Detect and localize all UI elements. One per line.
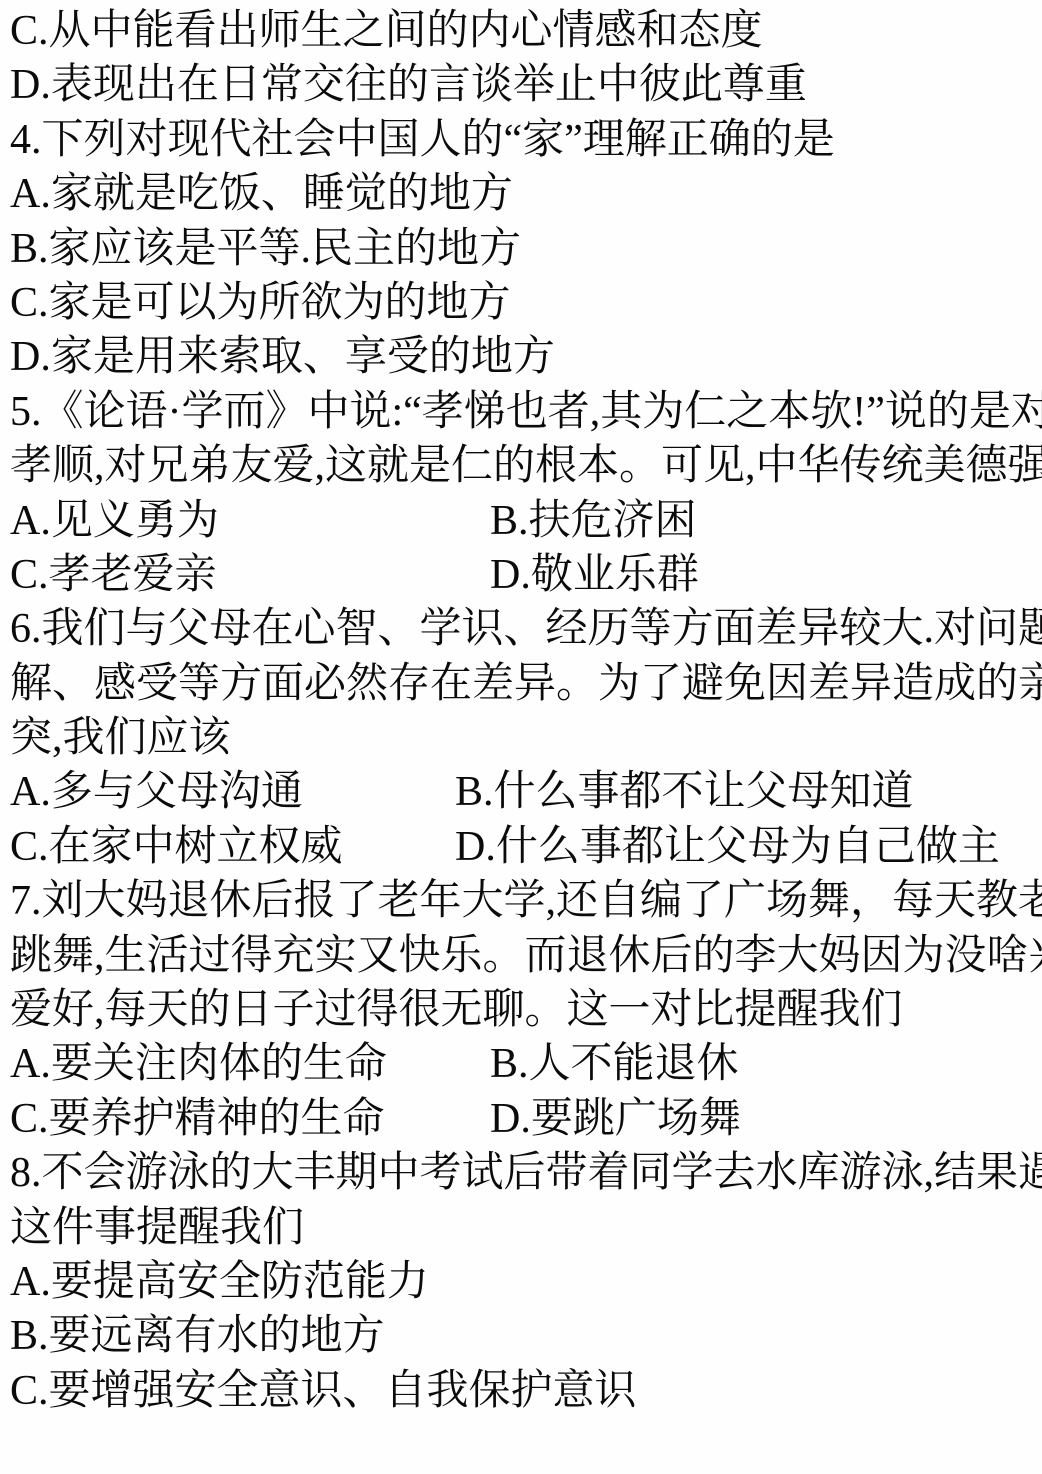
q5-options-row-cd: C.孝老爱亲 D.敬业乐群 <box>0 548 1042 602</box>
q5-option-a: A.见义勇为 <box>10 498 219 544</box>
q3-option-d: D.表现出在日常交往的言谈举止中彼此尊重 <box>0 58 1042 112</box>
q6-stem-line3-text: 突,我们应该 <box>10 715 231 761</box>
exam-page: C.从中能看出师生之间的内心情感和态度 D.表现出在日常交往的言谈举止中彼此尊重… <box>0 0 1042 1474</box>
q4-option-a: A.家就是吃饭、睡觉的地方 <box>0 167 1042 221</box>
q4-option-b: B.家应该是平等.民主的地方 <box>0 222 1042 276</box>
q8-option-c: C.要增强安全意识、自我保护意识 <box>0 1364 1042 1418</box>
q4-stem: 4.下列对现代社会中国人的“家”理解正确的是 <box>0 113 1042 167</box>
q7-option-a: A.要关注肉体的生命 <box>10 1041 387 1087</box>
q4-option-b-text: B.家应该是平等.民主的地方 <box>10 226 521 272</box>
q5-option-b: B.扶危济困 <box>490 494 697 548</box>
q4-option-c: C.家是可以为所欲为的地方 <box>0 276 1042 330</box>
q4-option-a-text: A.家就是吃饭、睡觉的地方 <box>10 171 513 217</box>
q8-option-b: B.要远离有水的地方 <box>0 1309 1042 1363</box>
q5-option-d: D.敬业乐群 <box>490 548 699 602</box>
q4-option-d: D.家是用来索取、享受的地方 <box>0 330 1042 384</box>
q8-stem-line2: 这件事提醒我们 <box>0 1201 1042 1255</box>
q8-stem-line1: 8.不会游泳的大丰期中考试后带着同学去水库游泳,结果遇难。 <box>0 1146 1042 1200</box>
q6-option-d: D.什么事都让父母为自己做主 <box>455 820 1000 874</box>
q4-stem-text: 4.下列对现代社会中国人的“家”理解正确的是 <box>10 117 835 163</box>
q8-stem-line2-text: 这件事提醒我们 <box>10 1205 304 1251</box>
q7-stem-line1: 7.刘大妈退休后报了老年大学,还自编了广场舞，每天教老年人 <box>0 874 1042 928</box>
q6-stem-line3: 突,我们应该 <box>0 711 1042 765</box>
q6-option-a: A.多与父母沟通 <box>10 769 303 815</box>
q6-option-c: C.在家中树立权威 <box>10 824 343 870</box>
q7-option-c: C.要养护精神的生命 <box>10 1096 385 1142</box>
q3-option-d-text: D.表现出在日常交往的言谈举止中彼此尊重 <box>10 62 807 108</box>
q5-stem-line2: 孝顺,对兄弟友爱,这就是仁的根本。可见,中华传统美德强调要 <box>0 439 1042 493</box>
q7-stem-line2: 跳舞,生活过得充实又快乐。而退休后的李大妈因为没啥兴趣 <box>0 929 1042 983</box>
q5-stem-line2-text: 孝顺,对兄弟友爱,这就是仁的根本。可见,中华传统美德强调要 <box>10 443 1042 489</box>
q7-stem-line3: 爱好,每天的日子过得很无聊。这一对比提醒我们 <box>0 983 1042 1037</box>
q6-stem-line2: 解、感受等方面必然存在差异。为了避免因差异造成的亲子冲 <box>0 657 1042 711</box>
q7-option-d: D.要跳广场舞 <box>490 1092 741 1146</box>
q3-option-c-text: C.从中能看出师生之间的内心情感和态度 <box>10 8 763 54</box>
q6-option-b: B.什么事都不让父母知道 <box>455 765 914 819</box>
q7-options-row-cd: C.要养护精神的生命 D.要跳广场舞 <box>0 1092 1042 1146</box>
q6-stem-line2-text: 解、感受等方面必然存在差异。为了避免因差异造成的亲子冲 <box>10 661 1042 707</box>
q6-stem-line1: 6.我们与父母在心智、学识、经历等方面差异较大.对问题的理 <box>0 602 1042 656</box>
q5-stem-line1: 5.《论语·学而》中说:“孝悌也者,其为仁之本欤!”说的是对父母 <box>0 385 1042 439</box>
q7-options-row-ab: A.要关注肉体的生命 B.人不能退休 <box>0 1037 1042 1091</box>
q8-option-a: A.要提高安全防范能力 <box>0 1255 1042 1309</box>
q6-options-row-ab: A.多与父母沟通 B.什么事都不让父母知道 <box>0 765 1042 819</box>
q5-options-row-ab: A.见义勇为 B.扶危济困 <box>0 494 1042 548</box>
q7-stem-line3-text: 爱好,每天的日子过得很无聊。这一对比提醒我们 <box>10 987 903 1033</box>
q6-options-row-cd: C.在家中树立权威 D.什么事都让父母为自己做主 <box>0 820 1042 874</box>
q6-stem-line1-text: 6.我们与父母在心智、学识、经历等方面差异较大.对问题的理 <box>10 606 1042 652</box>
q5-stem-line1-text: 5.《论语·学而》中说:“孝悌也者,其为仁之本欤!”说的是对父母 <box>10 389 1042 435</box>
q7-option-b: B.人不能退休 <box>490 1037 739 1091</box>
q7-stem-line2-text: 跳舞,生活过得充实又快乐。而退休后的李大妈因为没啥兴趣 <box>10 933 1042 979</box>
q4-option-d-text: D.家是用来索取、享受的地方 <box>10 334 555 380</box>
q5-option-c: C.孝老爱亲 <box>10 552 217 598</box>
q3-option-c: C.从中能看出师生之间的内心情感和态度 <box>0 4 1042 58</box>
q4-option-c-text: C.家是可以为所欲为的地方 <box>10 280 511 326</box>
q8-option-b-text: B.要远离有水的地方 <box>10 1313 385 1359</box>
q8-option-a-text: A.要提高安全防范能力 <box>10 1259 429 1305</box>
q8-option-c-text: C.要增强安全意识、自我保护意识 <box>10 1368 637 1414</box>
q8-stem-line1-text: 8.不会游泳的大丰期中考试后带着同学去水库游泳,结果遇难。 <box>10 1150 1042 1196</box>
q7-stem-line1-text: 7.刘大妈退休后报了老年大学,还自编了广场舞，每天教老年人 <box>10 878 1042 924</box>
